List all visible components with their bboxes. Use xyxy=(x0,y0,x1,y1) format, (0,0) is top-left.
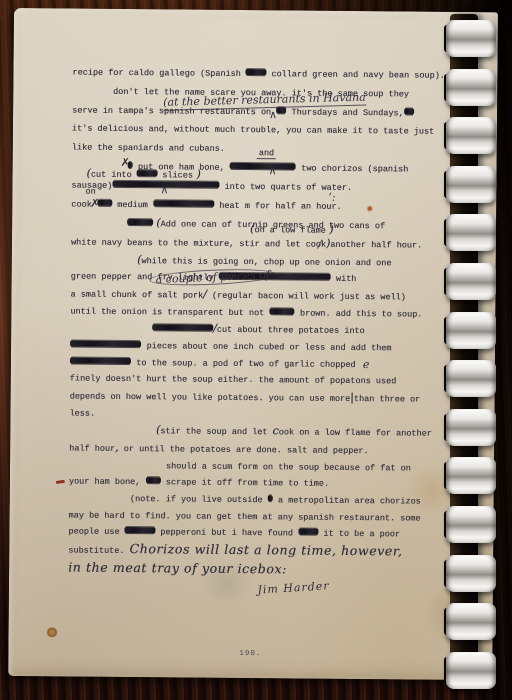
page-number: 190. xyxy=(220,650,280,659)
annotation-caret-and: ∧ xyxy=(269,163,277,177)
annotation-x-cook: ✗ xyxy=(90,192,99,211)
annotation-couple-pieces: a couple of pieces of xyxy=(149,267,276,287)
binding-ring xyxy=(446,409,496,446)
binding-ring xyxy=(446,652,496,689)
binding-ring xyxy=(446,20,496,57)
handwritten-text: ∧ xyxy=(160,183,168,196)
annotation-caret-havana: ∧ xyxy=(269,107,277,122)
recipe-page: recipe for caldo gallego (Spanish collar… xyxy=(8,8,498,680)
annotation-cut-slices: (cut into slices ) xyxy=(87,167,201,181)
typed-text: cut into xyxy=(91,170,137,180)
handwritten-text: ) xyxy=(193,168,201,181)
binding-ring xyxy=(446,360,496,397)
typed-text: on a low flame xyxy=(254,225,326,236)
binding-ring xyxy=(446,117,496,154)
comb-binding xyxy=(432,0,512,700)
typed-text: and xyxy=(259,148,274,158)
binding-ring xyxy=(446,312,496,349)
binding-ring xyxy=(446,457,496,494)
strikeout-redaction xyxy=(137,170,157,176)
photo-scene: recipe for caldo gallego (Spanish collar… xyxy=(0,0,512,700)
annotation-low-flame: (on a low flame ) xyxy=(250,222,334,236)
binding-ring xyxy=(446,69,496,106)
annotation-havana: (at the better restaurants in Havana xyxy=(163,91,366,111)
binding-ring xyxy=(446,555,496,592)
handwritten-annotations-layer: (at the better restaurants in Havana(cut… xyxy=(8,8,498,680)
annotation-tick-hour: ’: xyxy=(328,190,335,204)
handwritten-text: Jim Harder xyxy=(257,579,330,596)
annotation-x-put: ✗ xyxy=(121,155,130,169)
annotation-slash-flame: ∕ xyxy=(318,236,322,252)
typed-text: slices xyxy=(157,170,193,180)
handwritten-text: a couple of pieces of xyxy=(155,268,270,286)
binding-ring xyxy=(446,166,496,203)
annotation-and-above: and xyxy=(257,148,276,159)
binding-ring xyxy=(446,603,496,640)
handwritten-text: ∧ xyxy=(269,164,277,177)
handwritten-text: ∧ xyxy=(269,108,277,121)
handwritten-text: (at the better restaurants in Havana xyxy=(163,91,366,109)
handwritten-text: ) xyxy=(326,223,334,236)
handwritten-text: ✗ xyxy=(121,156,130,169)
binding-ring xyxy=(446,506,496,543)
annotation-signature: Jim Harder xyxy=(256,558,330,602)
handwritten-text: ✗ xyxy=(90,197,99,210)
handwritten-text: ∕ xyxy=(318,238,322,251)
annotation-e-fix: e xyxy=(363,358,370,371)
handwritten-text: e xyxy=(363,358,370,371)
binding-ring xyxy=(446,214,496,251)
annotation-caret-sausage: ∧ xyxy=(160,182,168,196)
handwritten-text: ’: xyxy=(328,191,335,204)
binding-ring xyxy=(446,263,496,300)
